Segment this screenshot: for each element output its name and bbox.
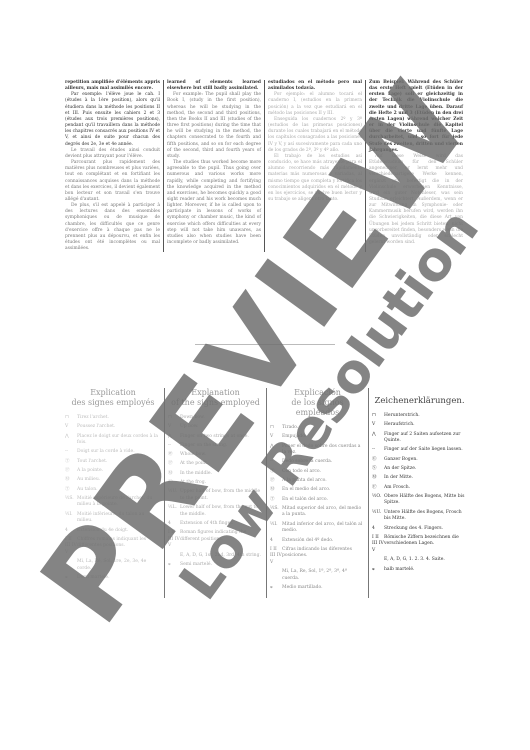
finger-hold-icon: --	[270, 459, 282, 466]
legend-item: ½U.Upper half of bow, from the middle to…	[168, 489, 263, 502]
frog-icon: Ⓕ	[168, 480, 180, 487]
paragraph: repetition amplifiée d'éléments appris a…	[65, 80, 160, 92]
legend-item: E, A, D, G, 1. 2. 3. 4. Saite.	[372, 557, 467, 564]
text-column-spanish: estudiados en el método pero mal asimila…	[264, 80, 365, 252]
legend-item: ⓂEn el medio del arco.	[270, 487, 365, 494]
legend-item: ⓅAt the point.	[168, 461, 263, 468]
legend-item: ⓈAn der Spitze.	[372, 466, 467, 473]
legend-title: Explanation of the signs employed	[168, 388, 263, 408]
legend-item: Mi, La, Ré, Sol, 1re, 2e, 3e, 4e corde.	[65, 559, 161, 572]
legend-item: ⓌWhole bow.	[168, 452, 263, 459]
legend-item: I II III IV VRoman figures indicating th…	[168, 530, 263, 550]
point-icon: Ⓟ	[168, 461, 180, 468]
legend-item: ⋀Poner el dedo sobre dos cuerdas a la ve…	[270, 444, 365, 457]
finger-hold-icon: --	[65, 449, 77, 456]
legend-item: ⩦Demi martelé.	[65, 575, 161, 582]
legend-item: 4Extension du 4e doigt.	[65, 528, 161, 535]
martele-icon: ⩦	[168, 562, 180, 569]
legend-columns: Explication des signes employés ⊓Tirez l…	[62, 388, 472, 598]
point-icon: Ⓢ	[372, 466, 384, 473]
paragraph: Auf diese Weise wird das Etüdenstudium f…	[369, 154, 463, 246]
paragraph: The studies thus worked become more agre…	[167, 160, 261, 246]
legend-item: ½O.Obere Hälfte des Bogens, Mitte bis Sp…	[372, 494, 467, 507]
legend-item: ⊓Tirez l'archet.	[65, 415, 161, 422]
legend-item: I II III IV VChiffres romains indiquant …	[65, 537, 161, 557]
middle-icon: Ⓜ	[168, 471, 180, 478]
legend-item: VUp bow.	[168, 424, 263, 431]
text-column-german: Zum Beispiel: Während des Schüler das er…	[365, 80, 466, 252]
whole-bow-icon: Ⓣ	[270, 469, 282, 476]
paragraph: De plus, s'il est appelé à participer à …	[65, 203, 160, 252]
legend-item: ⊓Down bow.	[168, 415, 263, 422]
paragraph: learned of elements learned elsewhere bu…	[167, 80, 261, 92]
legend-item: 4Streckung des 4. Fingers.	[372, 526, 467, 533]
paragraph: El trabajo de los estudios así conducido…	[268, 154, 362, 203]
up-bow-icon: V	[168, 424, 180, 431]
legend-item: ⓅA la punta del arco.	[270, 478, 365, 485]
legend-item: ⋀Finger auf 2 Saiten aufsetzen zur Quint…	[372, 432, 467, 445]
legend-column-english: Explanation of the signs employed ⊓Down …	[164, 388, 266, 598]
two-strings-icon: ⋀	[65, 434, 77, 447]
legend-item: --Doigt sur la corde à vide.	[65, 449, 161, 456]
legend-title: Zeichenerklärungen.	[372, 396, 467, 406]
text-column-english: learned of elements learned elsewhere bu…	[163, 80, 264, 252]
legend-item: I II III IV VRömische Ziffern bezeichnen…	[372, 535, 467, 555]
middle-icon: Ⓜ	[65, 477, 77, 484]
legend-item: --Dedo sobre la cuerda.	[270, 459, 365, 466]
frog-icon: Ⓣ	[270, 497, 282, 504]
down-bow-icon: ⊓	[65, 415, 77, 422]
legend-item: ⒻAm Frosch.	[372, 485, 467, 492]
paragraph: Zum Beispiel: Während des Schüler das er…	[369, 80, 463, 154]
legend-title: Explication des signes employés	[65, 388, 161, 408]
legend-item: ⓉCon todo el arco.	[270, 469, 365, 476]
legend-item: Mi, La, Re, Sol, 1ª, 2ª, 3ª, 4ª cuerda.	[270, 569, 365, 582]
legend-item: ⓉEn el talón del arco.	[270, 497, 365, 504]
down-bow-icon: ⊓	[168, 415, 180, 422]
legend-item: --Finger on the string.	[168, 443, 263, 450]
martele-icon: ⩦	[65, 575, 77, 582]
frog-icon: Ⓣ	[65, 487, 77, 494]
martele-icon: ⩦	[270, 585, 282, 592]
martele-icon: ⩦	[372, 567, 384, 574]
legend-item: 4Extension of 4th finger.	[168, 521, 263, 528]
finger-hold-icon: --	[168, 443, 180, 450]
legend-item: ⓂAu milieu.	[65, 477, 161, 484]
two-strings-icon: ⋀	[372, 432, 384, 445]
point-icon: Ⓟ	[65, 468, 77, 475]
middle-icon: Ⓜ	[270, 487, 282, 494]
legend-item: ⓂIn the middle.	[168, 471, 263, 478]
legend-item: ⩦halb martelé.	[372, 567, 467, 574]
paragraph: Por ejemplo: el alumno tocará el cuadern…	[268, 92, 362, 117]
text-column-french: repetition amplifiée d'éléments appris a…	[62, 80, 163, 252]
up-bow-icon: V	[65, 424, 77, 431]
legend-item: ⋀Finger on two strings at once.	[168, 434, 263, 441]
whole-bow-icon: Ⓦ	[168, 452, 180, 459]
frog-icon: Ⓕ	[372, 485, 384, 492]
legend-item: VPoussez l'archet.	[65, 424, 161, 431]
whole-bow-icon: Ⓣ	[65, 459, 77, 466]
document-page: repetition amplifiée d'éléments appris a…	[0, 0, 530, 750]
paragraph: Le travail des études ainsi conduit devi…	[65, 148, 160, 160]
paragraph: Enseguida los cuadernos 2º y 3º (estudio…	[268, 117, 362, 154]
paragraph: Parcourant plus rapidement des matières …	[65, 160, 160, 203]
whole-bow-icon: Ⓖ	[372, 457, 384, 464]
legend-column-german: Zeichenerklärungen. ⊓Herunterstrich. VHe…	[368, 388, 470, 598]
legend-column-spanish: Explicación de los signos empleados ⊓Tir…	[266, 388, 368, 598]
legend-item: ⊓Herunterstrich.	[372, 413, 467, 420]
legend-item: ½L.Lower half of bow, from the nut to th…	[168, 505, 263, 518]
legend-item: ⩦Medio martillado.	[270, 585, 365, 592]
legend-item: ½S.Moitié supérieure de l'archet, du mil…	[65, 496, 161, 509]
middle-icon: Ⓜ	[372, 475, 384, 482]
section-divider	[195, 344, 335, 345]
up-bow-icon: V	[372, 422, 384, 429]
intro-text-columns: repetition amplifiée d'éléments appris a…	[62, 80, 469, 252]
two-strings-icon: ⋀	[270, 444, 282, 457]
finger-hold-icon: --	[372, 447, 384, 454]
legend-item: I II III IV VCifras indicando las difere…	[270, 547, 365, 567]
legend-column-french: Explication des signes employés ⊓Tirez l…	[62, 388, 164, 598]
legend-item: E, A, D, G, 1st, 2nd, 3rd, 4th string.	[168, 553, 263, 560]
down-bow-icon: ⊓	[270, 425, 282, 432]
paragraph: Par exemple: l'élève joue le cah. I (étu…	[65, 92, 160, 147]
legend-item: ⓅA la pointe.	[65, 468, 161, 475]
legend-item: ⓂIn der Mitte.	[372, 475, 467, 482]
legend-item: ½I.Mitad inferior del arco, del talón al…	[270, 522, 365, 535]
legend-item: VEmpujado.	[270, 434, 365, 441]
legend-title: Explicación de los signos empleados	[270, 388, 365, 418]
legend-item: ½U.Untere Hälfte des Bogens, Frosch bis …	[372, 510, 467, 523]
legend-item: ⩦Semi martelé.	[168, 562, 263, 569]
legend-item: 4Extensión del 4º dedo.	[270, 538, 365, 545]
legend-item: ½I.Moitié inférieure, du talon au milieu…	[65, 512, 161, 525]
legend-item: ⋀Placez le doigt sur deux cordes à la fo…	[65, 434, 161, 447]
legend-item: VHeraufstrich.	[372, 422, 467, 429]
paragraph: estudiados en el método pero mal asimila…	[268, 80, 362, 92]
point-icon: Ⓟ	[270, 478, 282, 485]
legend-item: ⊓Tirado.	[270, 425, 365, 432]
legend-item: ⒼGanzer Bogen.	[372, 457, 467, 464]
legend-item: --Finger auf der Saite liegen lassen.	[372, 447, 467, 454]
two-strings-icon: ⋀	[168, 434, 180, 441]
legend-item: ½S.Mitad superior del arco, del medio a …	[270, 506, 365, 519]
legend-item: ⓉAu talon.	[65, 487, 161, 494]
legend-item: ⒻAt the frog.	[168, 480, 263, 487]
paragraph: For example: The pupil shall play the Bo…	[167, 92, 261, 160]
up-bow-icon: V	[270, 434, 282, 441]
down-bow-icon: ⊓	[372, 413, 384, 420]
legend-item: ⓉTout l'archet.	[65, 459, 161, 466]
